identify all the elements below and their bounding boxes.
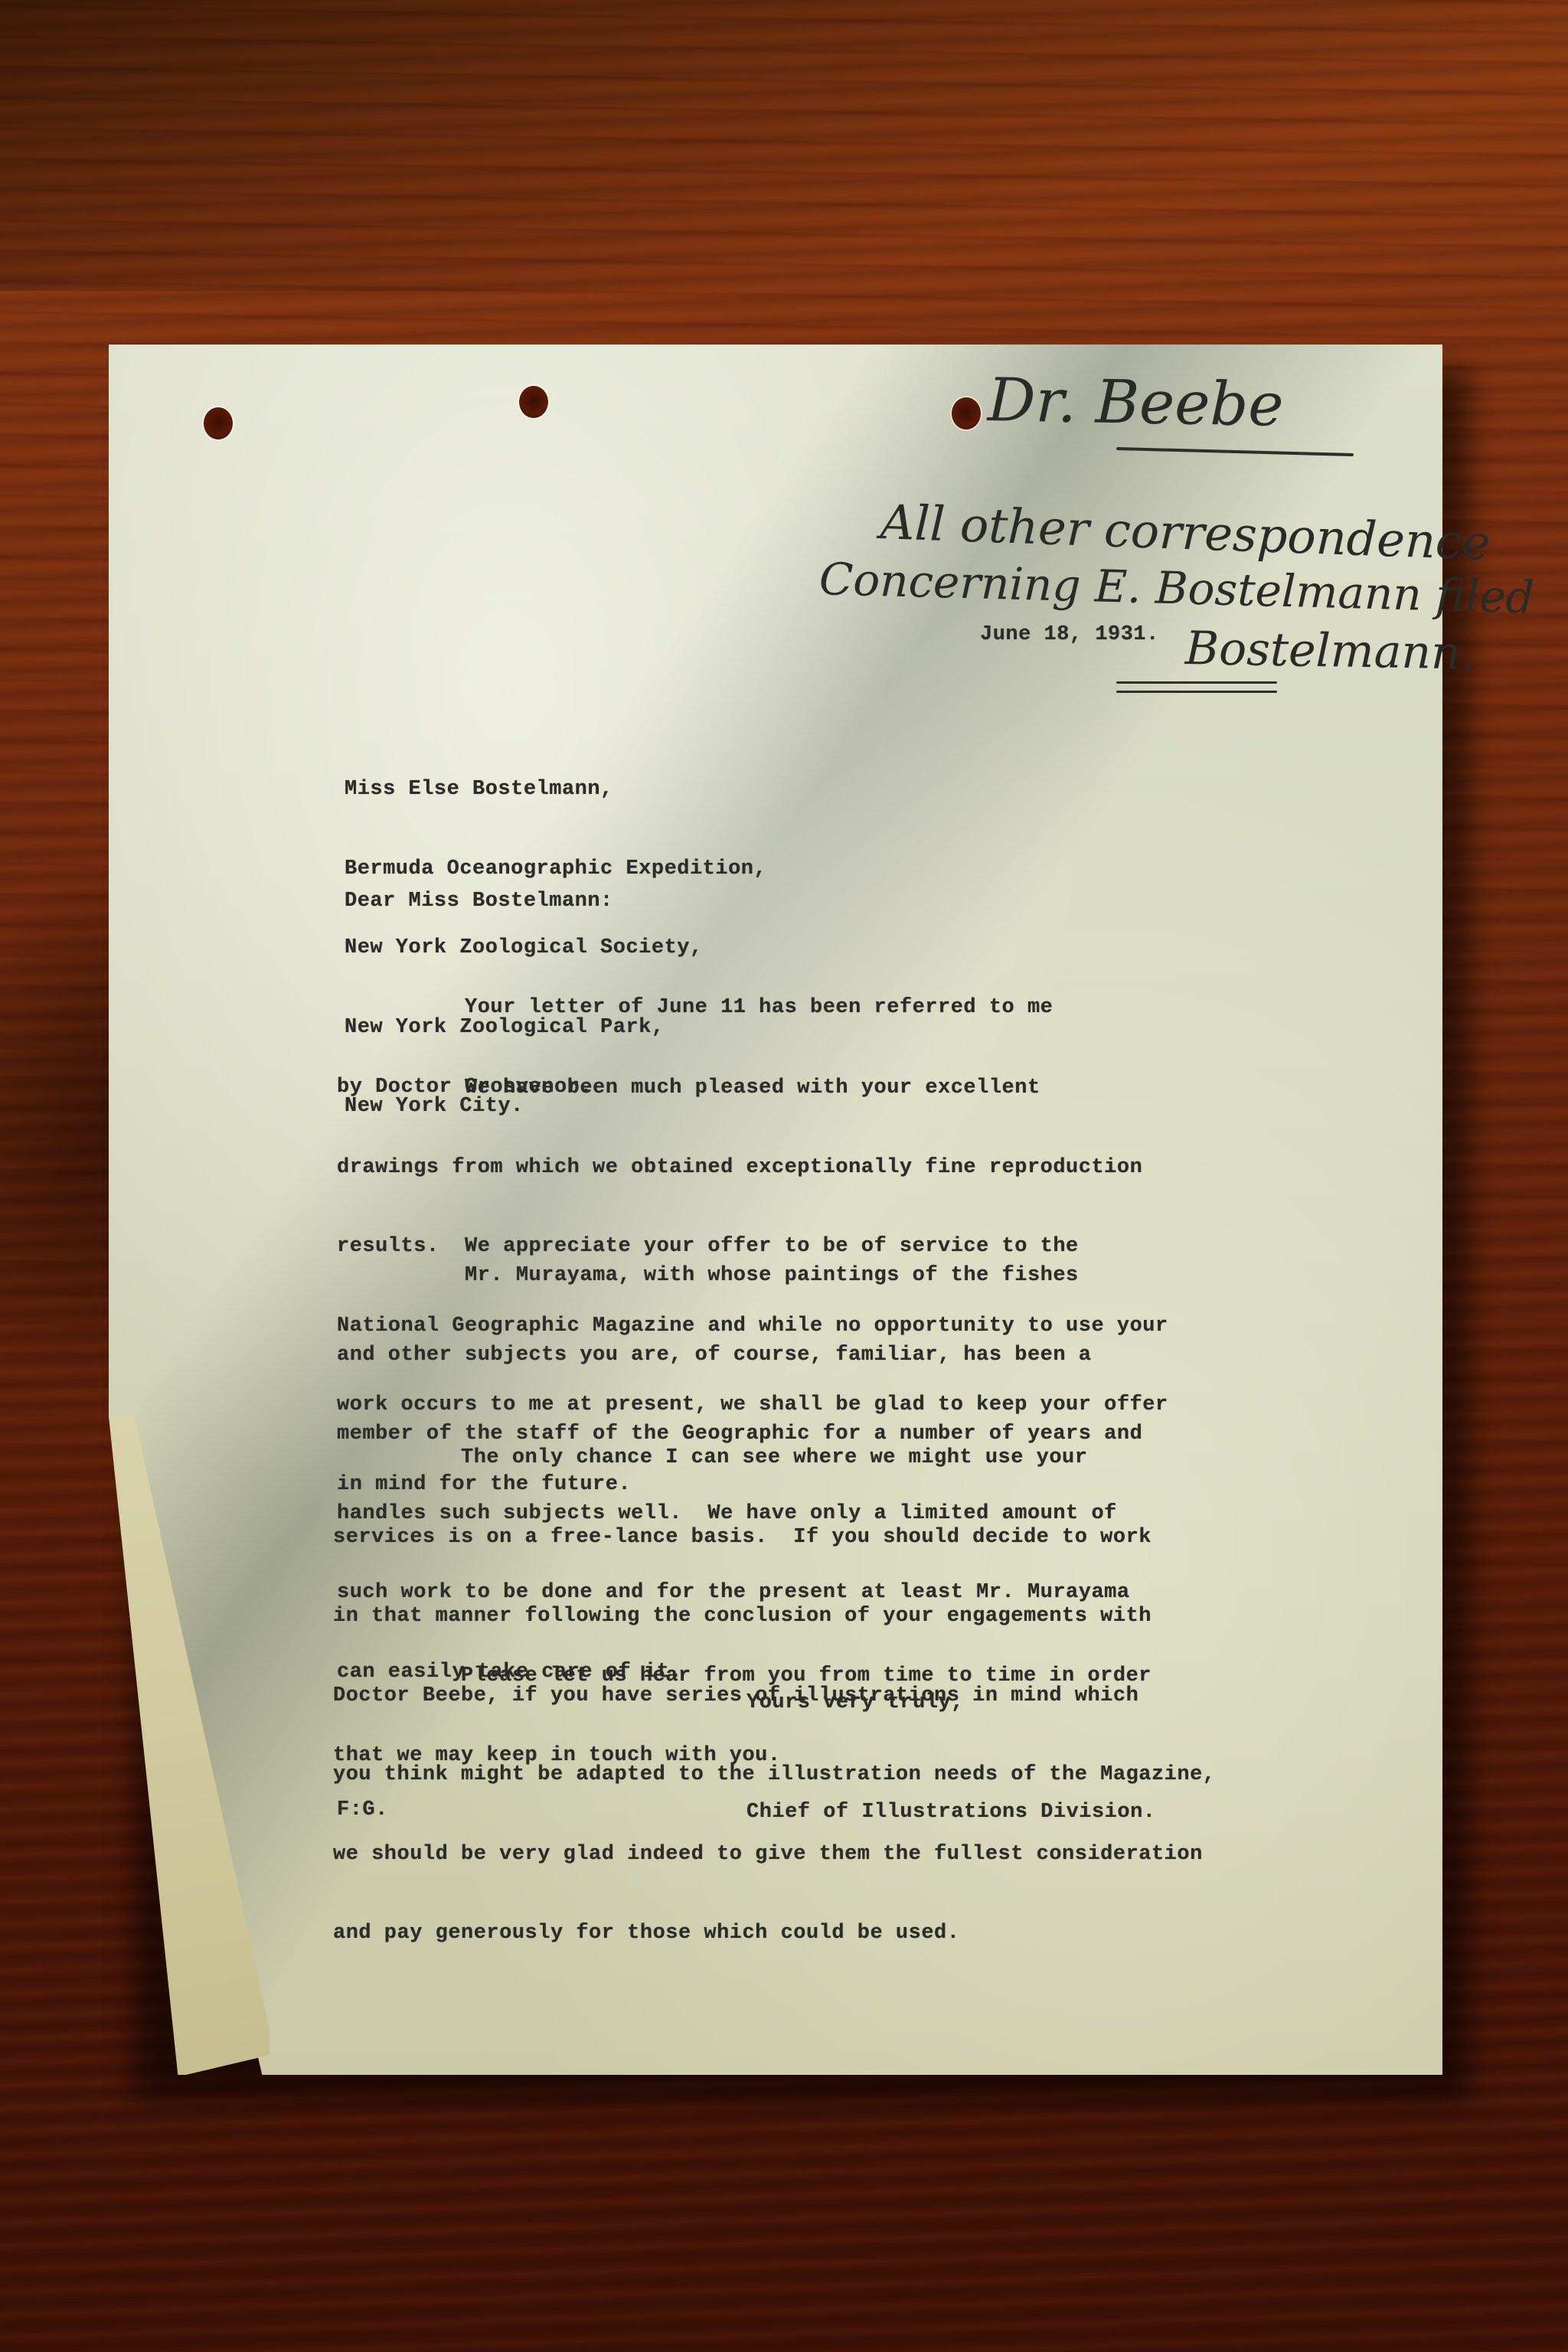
body-line: and pay generously for those which could… (333, 1920, 1215, 1947)
body-line: drawings from which we obtained exceptio… (337, 1155, 1168, 1181)
body-line: The only chance I can see where we might… (333, 1445, 1215, 1472)
closing: Yours very truly, (746, 1690, 964, 1717)
handwritten-double-underline-1 (1116, 681, 1277, 684)
punch-hole-middle (519, 386, 548, 418)
body-paragraph-5: Please let us hear from you from time to… (333, 1610, 1151, 1795)
punch-hole-right (952, 397, 981, 430)
punch-hole-left (204, 407, 233, 439)
handwritten-double-underline-2 (1116, 691, 1277, 693)
typist-initials: F:G. (337, 1797, 388, 1824)
body-line: that we may keep in touch with you. (333, 1743, 1151, 1769)
salutation: Dear Miss Bostelmann: (345, 888, 613, 915)
table-shadow (0, 0, 1568, 291)
body-line: Your letter of June 11 has been referred… (337, 995, 1053, 1021)
body-line: and other subjects you are, of course, f… (337, 1342, 1142, 1369)
body-line: Mr. Murayama, with whose paintings of th… (337, 1263, 1142, 1289)
body-line: services is on a free-lance basis. If yo… (333, 1524, 1215, 1551)
handwritten-addressee-note: Dr. Beebe (987, 366, 1284, 440)
recipient-line: Miss Else Bostelmann, (345, 776, 766, 803)
body-line: We have been much pleased with your exce… (337, 1075, 1168, 1102)
signature-title: Chief of Illustrations Division. (746, 1799, 1155, 1826)
letter-date: June 18, 1931. (980, 622, 1159, 648)
body-line: we should be very glad indeed to give th… (333, 1841, 1215, 1868)
handwritten-filing-note-line3: Bostelmann. (1184, 622, 1475, 681)
recipient-line: Bermuda Oceanographic Expedition, (345, 856, 766, 883)
body-line: Please let us hear from you from time to… (333, 1663, 1151, 1690)
